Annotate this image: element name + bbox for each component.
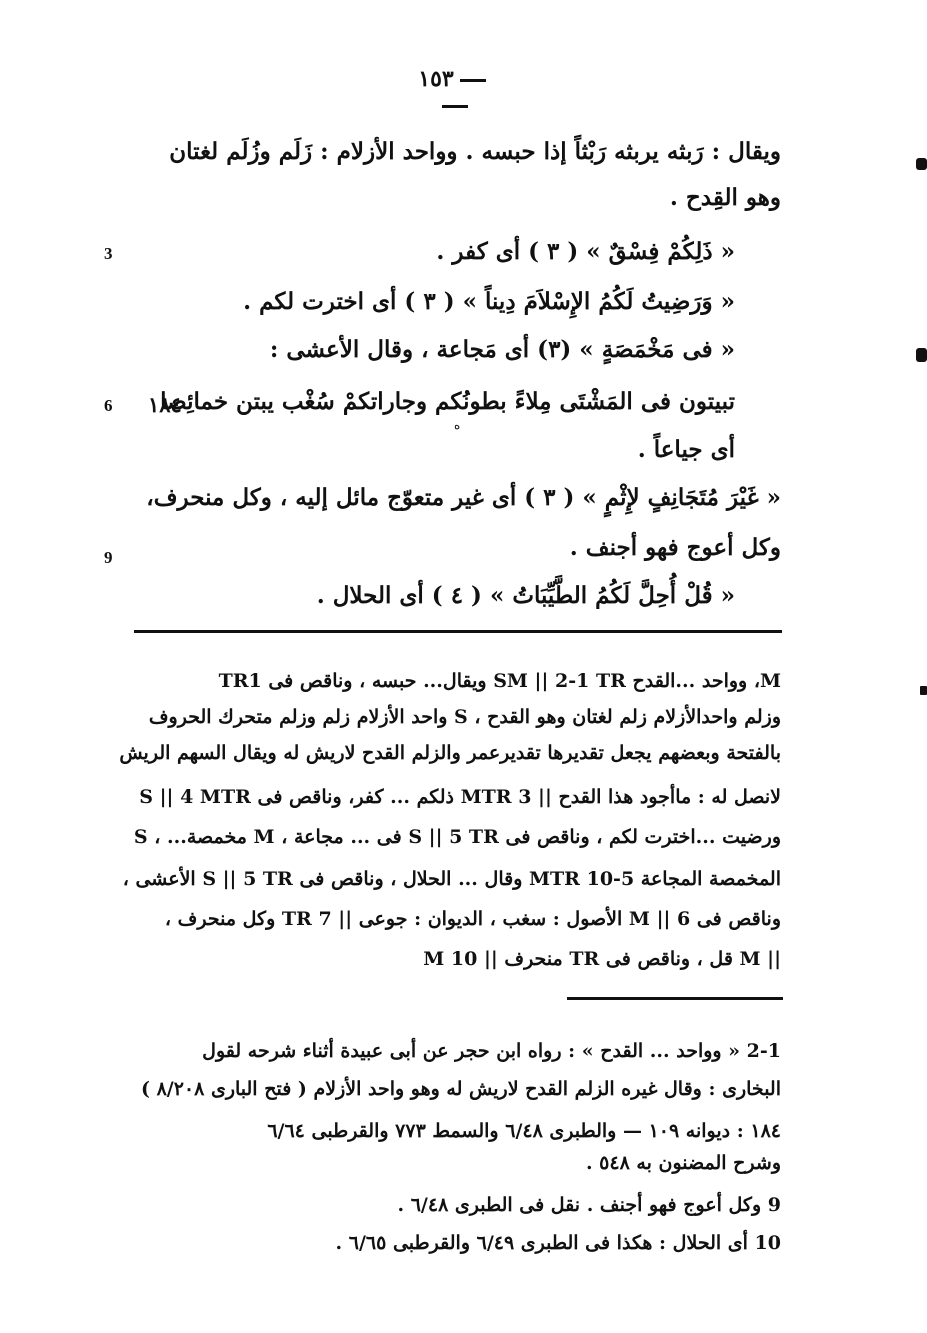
divider-rule-short bbox=[567, 997, 783, 1000]
divider-rule bbox=[134, 630, 782, 633]
apparatus-line: وناقص فى M || 6 الأصول : سغب ، الديوان :… bbox=[165, 908, 781, 930]
margin-line-number: 9 bbox=[104, 548, 113, 568]
scan-edge-mark bbox=[916, 348, 927, 362]
footnote-line: البخارى : وقال غيره الزلم القدح لاريش له… bbox=[141, 1078, 781, 1100]
header-dash bbox=[460, 79, 486, 82]
main-line: أى جياعاً . bbox=[638, 436, 735, 463]
margin-line-number: 6 bbox=[104, 396, 113, 416]
quran-gloss-line: « فى مَخْمَصَةٍ » (٣) أى مَجاعة ، وقال ا… bbox=[270, 336, 735, 363]
apparatus-line: المخمصة المجاعة 5-10 MTR وقال ... الحلال… bbox=[123, 868, 781, 890]
quran-gloss-line: « وَرَضِيتُ لَكُمُ الإِسْلاَمَ دِيناً » … bbox=[243, 288, 735, 315]
apparatus-line: وزلم واحدالأزلام زلم لغتان وهو القدح ، S… bbox=[149, 706, 781, 728]
apparatus-line: TR1 ويقال... حبسه ، وناقص فى SM || 2-1 T… bbox=[219, 670, 781, 692]
main-line: وهو القِدح . bbox=[670, 184, 781, 211]
verse-separator: ه bbox=[454, 418, 460, 432]
footnote-line: 9 وكل أعوج فهو أجنف . نقل فى الطبرى ٦/٤٨… bbox=[397, 1194, 781, 1216]
scan-edge-mark bbox=[916, 158, 927, 170]
header-dash bbox=[442, 105, 468, 108]
apparatus-line: ورضيت ...اخترت لكم ، وناقص فى S || 5 TR … bbox=[134, 826, 781, 848]
margin-line-number: 3 bbox=[104, 244, 113, 264]
quran-gloss-line: « غَيْرَ مُتَجَانِفٍ لإِثْمٍ » ( ٣ ) أى … bbox=[146, 484, 781, 511]
footnote-line: ١٨٤ : ديوانه ١٠٩ — والطبرى ٦/٤٨ والسمط ٧… bbox=[267, 1120, 781, 1142]
quran-gloss-line: « قُلْ أُحِلَّ لَكُمُ الطَّيِّبَاتُ » ( … bbox=[317, 582, 735, 609]
quran-gloss-line: « ذَلِكُمْ فِسْقٌ » ( ٣ ) أى كفر . bbox=[436, 238, 735, 265]
apparatus-line: M منحرف || 10 TR قل ، وناقص فى M || bbox=[423, 948, 781, 970]
page-number: ١٥٣ bbox=[400, 66, 510, 118]
footnote-line: وشرح المضنون به ٥٤٨ . bbox=[586, 1152, 781, 1174]
apparatus-line: لانصل له : ماأجود هذا القدح || 3 MTR ذلك… bbox=[139, 786, 781, 808]
footnote-line: 10 أى الحلال : هكذا فى الطبرى ٦/٤٩ والقر… bbox=[336, 1232, 781, 1254]
footnote-line: 2-1 « وواحد ... القدح » : رواه ابن حجر ع… bbox=[202, 1040, 781, 1062]
main-line: ويقال : رَبثه يربثه رَبْثاً إذا حبسه . و… bbox=[169, 138, 781, 165]
apparatus-line: بالفتحة وبعضهم يجعل تقديرها تقديرعمر وال… bbox=[119, 742, 781, 764]
page-number-text: ١٥٣ bbox=[418, 66, 453, 92]
poetry-verse: تبيتون فى المَشْتَى مِلاءً بطونُكم وجارا… bbox=[160, 388, 735, 415]
scan-edge-mark bbox=[920, 686, 927, 695]
main-line: وكل أعوج فهو أجنف . bbox=[570, 534, 781, 561]
verse-number: ١٨٤ bbox=[148, 392, 182, 417]
